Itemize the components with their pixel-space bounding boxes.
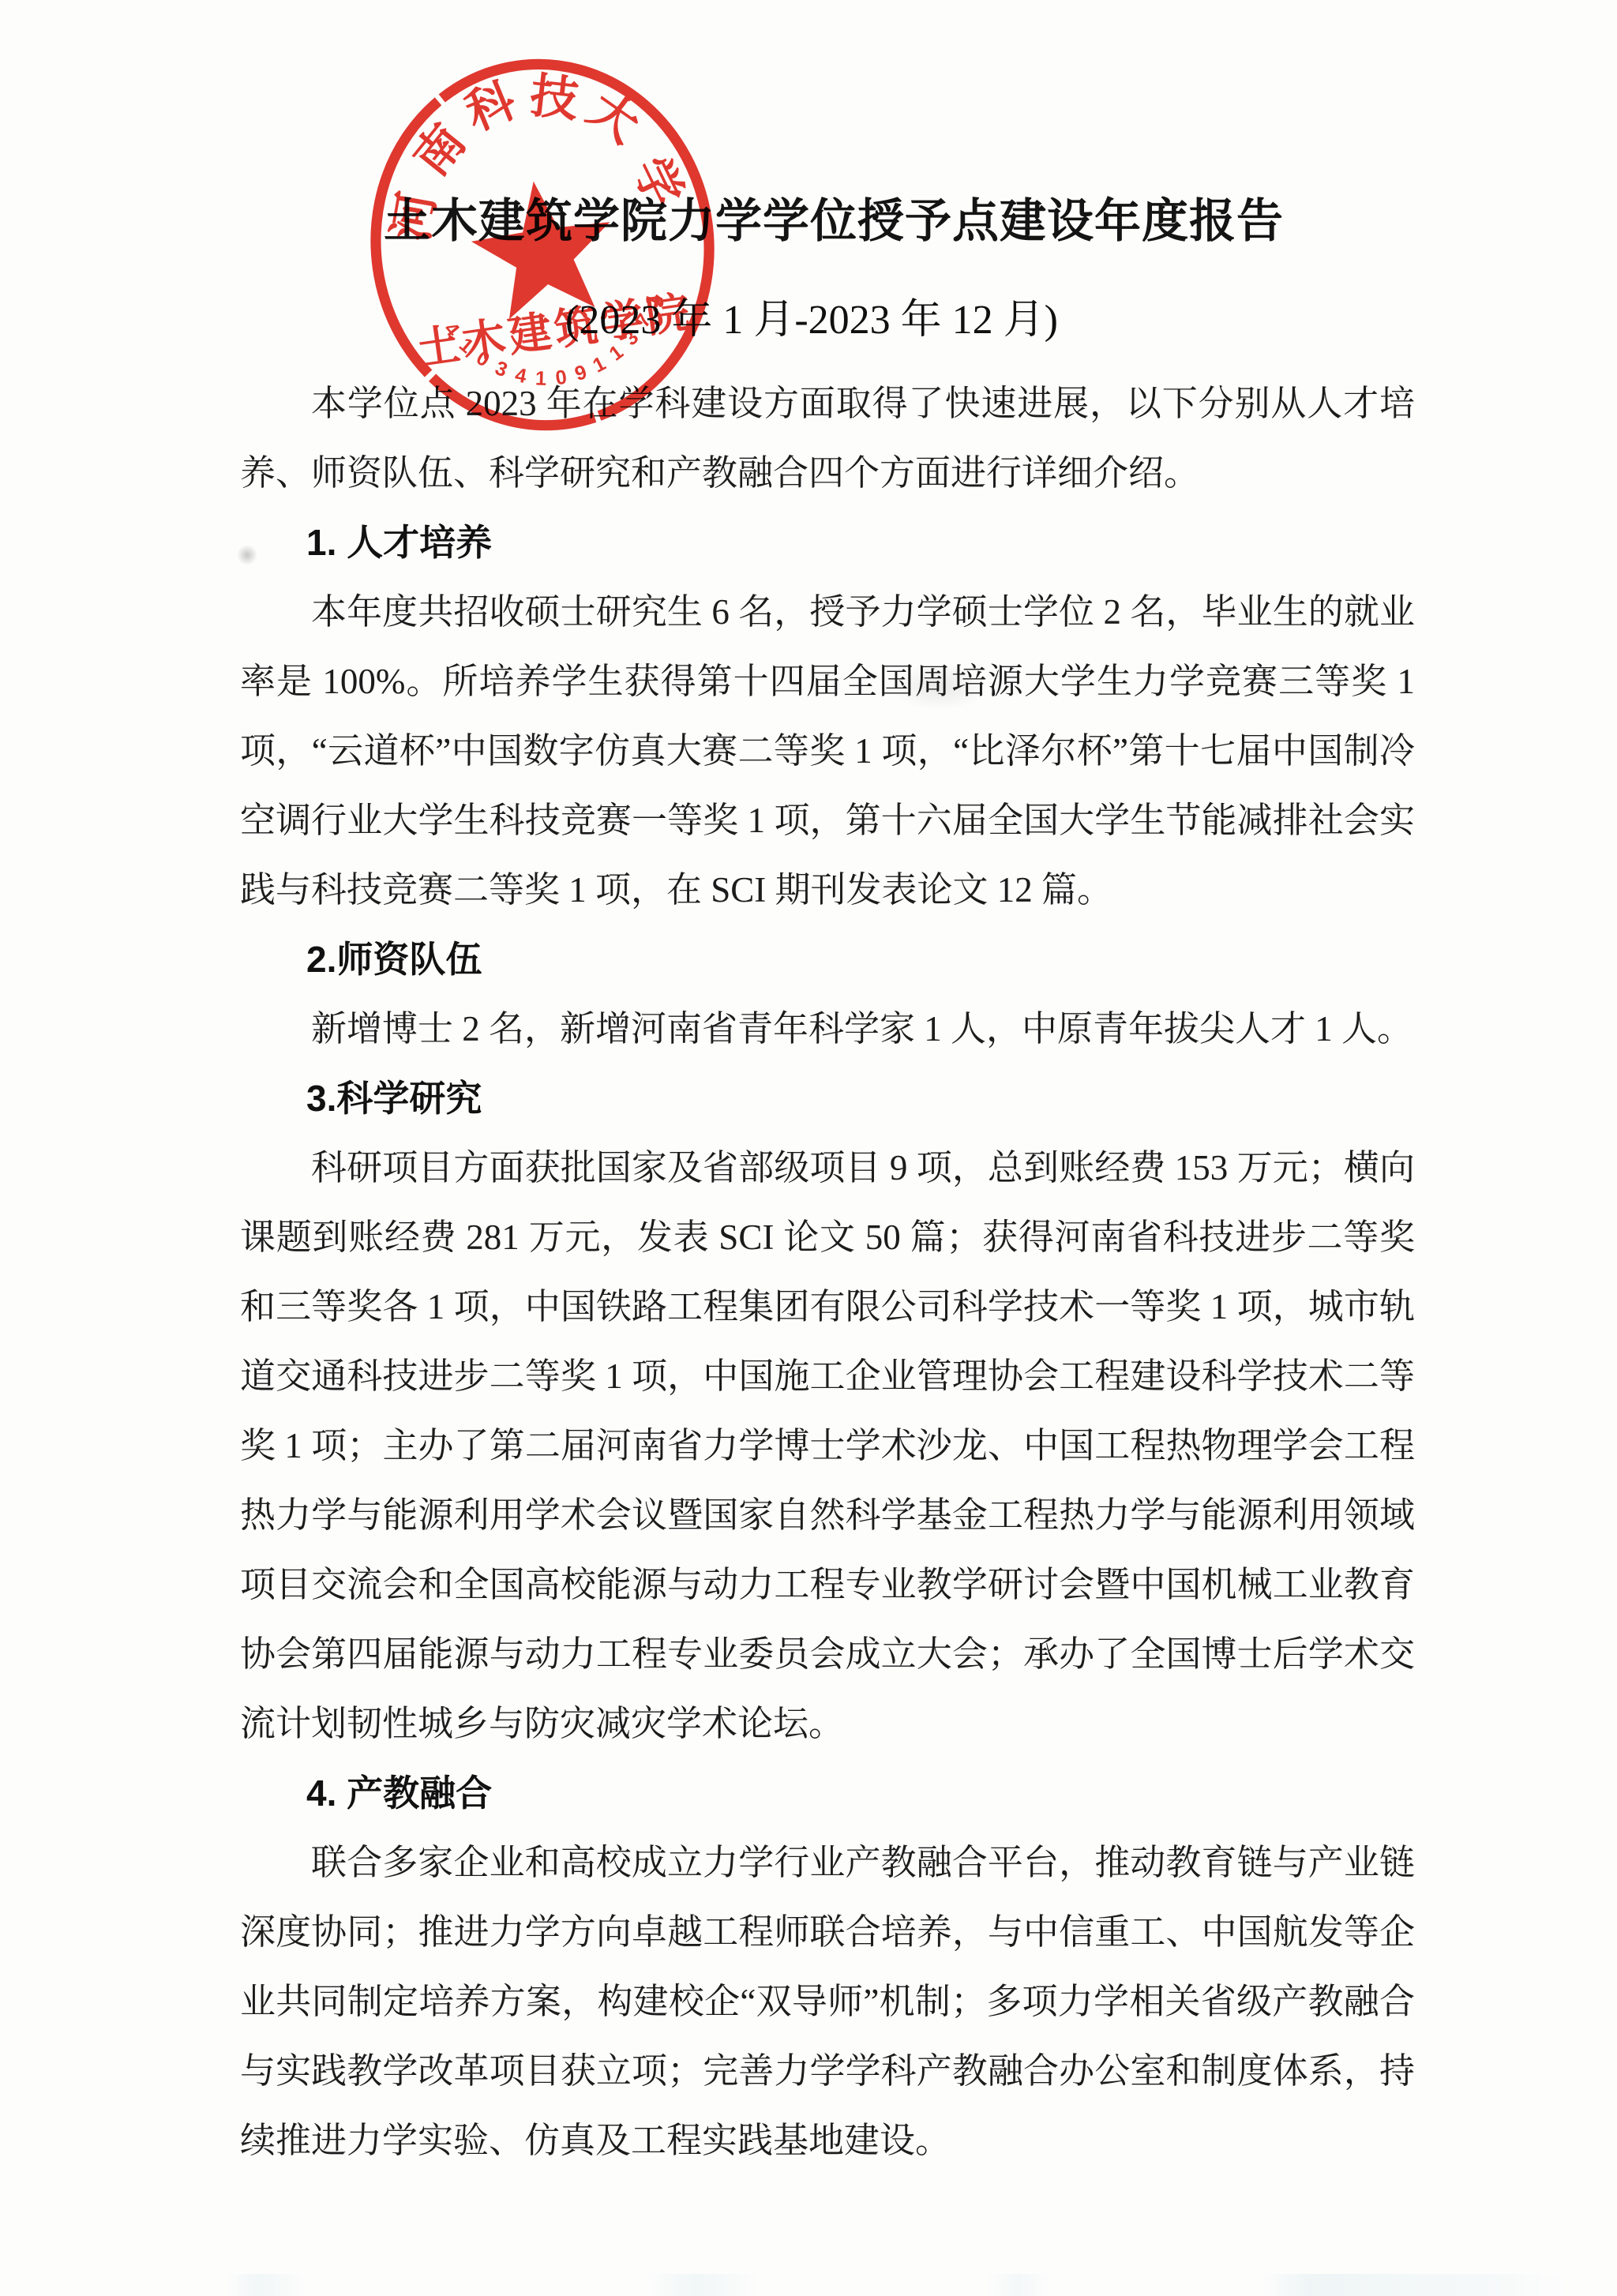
document-body: 本学位点 2023 年在学科建设方面取得了快速进展，以下分别从人才培养、师资队伍… [240, 369, 1415, 2175]
section-heading-faculty: 2.师资队伍 [240, 925, 1415, 994]
seal-serial-digit: 9 [572, 361, 590, 385]
section-heading-talent: 1. 人才培养 [240, 508, 1415, 577]
section-paragraph-research: 科研项目方面获批国家及省部级项目 9 项，总到账经费 153 万元；横向课题到账… [240, 1133, 1415, 1758]
section-heading-research: 3.科学研究 [240, 1064, 1415, 1133]
seal-university-char: 河 [384, 188, 445, 245]
section-paragraph-talent: 本年度共招收硕士研究生 6 名，授予力学硕士学位 2 名，毕业生的就业率是 10… [240, 577, 1415, 925]
seal-serial-digit: 0 [554, 366, 568, 390]
seal-serial-digit: 4 [513, 364, 528, 388]
section-paragraph-industry-education: 联合多家企业和高校成立力学行业产教融合平台，推动教育链与产业链深度协同；推进力学… [240, 1828, 1415, 2175]
seal-university-char: 技 [527, 68, 581, 126]
official-seal: 河 南 科 技 大 学 土木建筑学院 4 1 0 3 4 1 0 9 1 1 3… [332, 21, 752, 469]
scan-artifact-strip [0, 2274, 1617, 2296]
scanned-report-page: 土木建筑学院力学学位授予点建设年度报告 (2023 年 1 月-2023 年 1… [0, 0, 1617, 2296]
section-paragraph-faculty: 新增博士 2 名，新增河南省青年科学家 1 人，中原青年拔尖人才 1 人。 [240, 994, 1415, 1064]
section-heading-industry-education: 4. 产教融合 [240, 1758, 1415, 1828]
seal-serial-digit: 1 [589, 352, 609, 377]
seal-serial-digit: 1 [535, 367, 547, 389]
seal-graphic: 河 南 科 技 大 学 土木建筑学院 4 1 0 3 4 1 0 9 1 1 3… [332, 21, 752, 469]
seal-university-char: 大 [579, 81, 649, 153]
